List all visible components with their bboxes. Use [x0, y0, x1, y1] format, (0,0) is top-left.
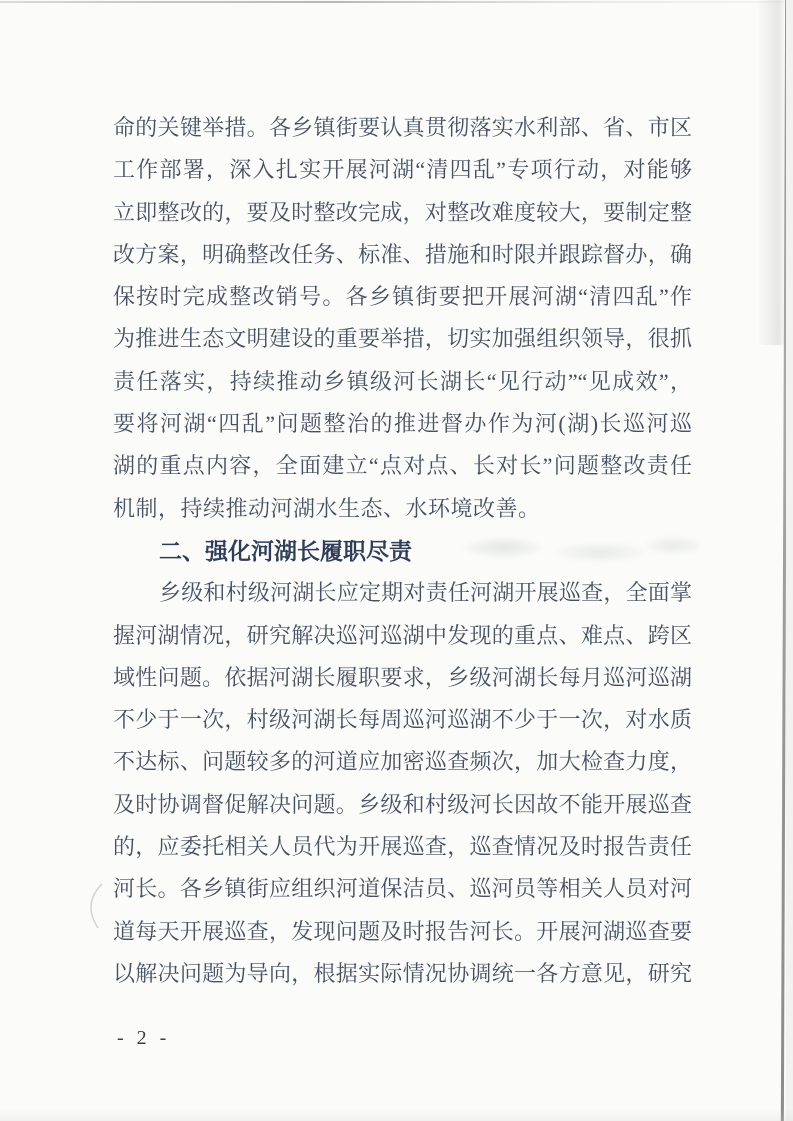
scan-top-edge-artifact — [0, 1, 793, 3]
body-line: 为推进生态文明建设的重要举措，切实加强组织领导，很抓 — [113, 318, 692, 360]
body-line: 要将河湖“四乱”问题整治的推进督办作为河(湖)长巡河巡 — [113, 403, 692, 445]
body-line: 域性问题。依据河湖长履职要求，乡级河湖长每月巡河巡湖 — [113, 657, 692, 699]
body-line: 湖的重点内容，全面建立“点对点、长对长”问题整改责任 — [113, 445, 692, 487]
body-line: 命的关键举措。各乡镇街要认真贯彻落实水利部、省、市区 — [113, 107, 692, 149]
scan-pen-arc-artifact — [80, 882, 110, 932]
body-line: 不少于一次，村级河湖长每周巡河巡湖不少于一次，对水质 — [113, 699, 692, 741]
body-line: 以解决问题为导向，根据实际情况协调统一各方意见，研究 — [113, 953, 692, 995]
body-line: 及时协调督促解决问题。乡级和村级河长因故不能开展巡查 — [113, 784, 692, 826]
scanned-document-page: 命的关键举措。各乡镇街要认真贯彻落实水利部、省、市区 工作部署，深入扎实开展河湖… — [0, 0, 793, 1121]
body-line: 不达标、问题较多的河道应加密巡查频次，加大检查力度， — [113, 741, 692, 783]
body-line: 工作部署，深入扎实开展河湖“清四乱”专项行动，对能够 — [113, 149, 692, 191]
body-line: 机制，持续推动河湖水生态、水环境改善。 — [113, 488, 692, 530]
body-line: 河长。各乡镇街应组织河道保洁员、巡河员等相关人员对河 — [113, 868, 692, 910]
section-heading: 二、强化河湖长履职尽责 — [113, 530, 692, 572]
body-line: 立即整改的，要及时整改完成，对整改难度较大，要制定整 — [113, 192, 692, 234]
body-line: 保按时完成整改销号。各乡镇街要把开展河湖“清四乱”作 — [113, 276, 692, 318]
body-line: 道每天开展巡查，发现问题及时报告河长。开展河湖巡查要 — [113, 911, 692, 953]
scan-bottom-edge-shadow — [0, 1109, 793, 1121]
body-line: 改方案，明确整改任务、标准、措施和时限并跟踪督办，确 — [113, 234, 692, 276]
body-line: 乡级和村级河湖长应定期对责任河湖开展巡查，全面掌 — [113, 572, 692, 614]
page-number: - 2 - — [117, 1027, 170, 1050]
body-line: 责任落实，持续推动乡镇级河长湖长“见行动”“见成效”， — [113, 361, 692, 403]
document-body: 命的关键举措。各乡镇街要认真贯彻落实水利部、省、市区 工作部署，深入扎实开展河湖… — [113, 107, 692, 995]
scan-right-edge-shadow — [757, 0, 784, 345]
body-line: 的，应委托相关人员代为开展巡查，巡查情况及时报告责任 — [113, 826, 692, 868]
body-line: 握河湖情况，研究解决巡河巡湖中发现的重点、难点、跨区 — [113, 615, 692, 657]
scan-right-margin-area — [786, 0, 793, 1121]
